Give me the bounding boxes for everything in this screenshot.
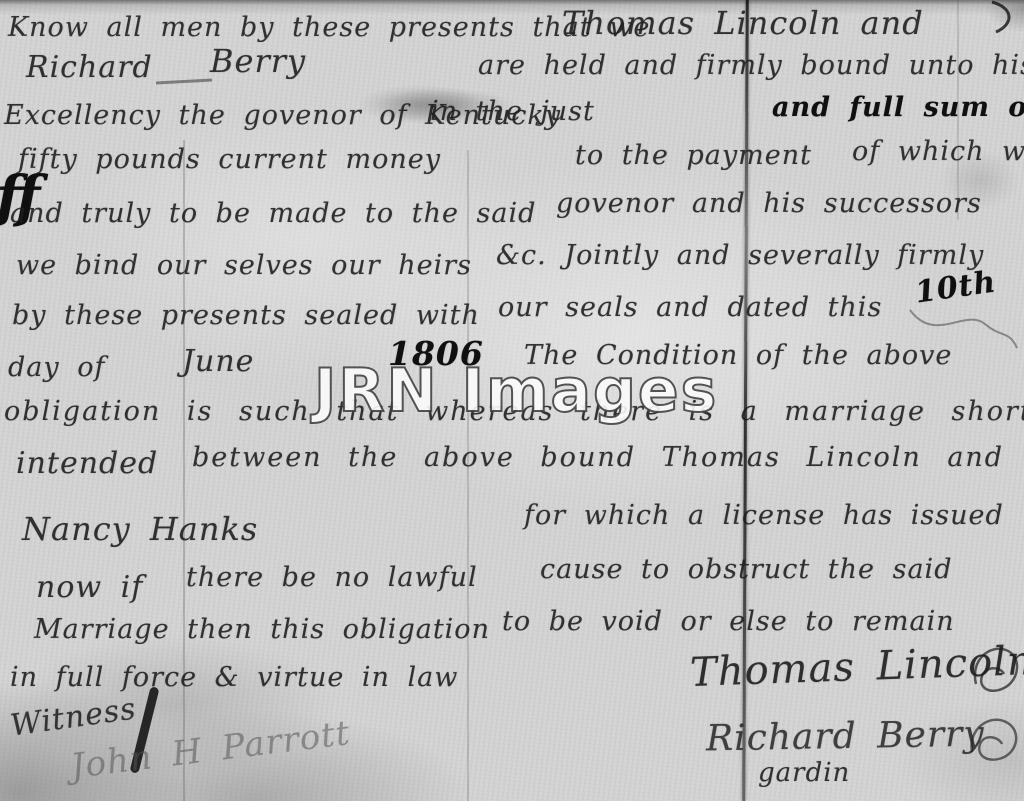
bond-line-truly-made: and truly to be made to the said <box>10 198 536 229</box>
fold-crease-center <box>467 150 469 801</box>
bond-line-cause-obstruct: cause to obstruct the said <box>540 554 952 585</box>
label-witness: Witness <box>8 691 138 743</box>
bond-line-jointly-severally: &c. Jointly and severally firmly <box>496 240 984 271</box>
bond-line-just: in the just <box>430 96 595 127</box>
bond-line-bound: are held and firmly bound unto his <box>478 50 1024 81</box>
bond-line-bind-ourselves: we bind our selves our heirs <box>16 250 472 281</box>
bond-line-no-lawful: there be no lawful <box>186 562 478 593</box>
bond-line-fifty-pounds: fifty pounds current money <box>18 144 441 175</box>
signature-richard-berry: Richard Berry <box>706 714 985 760</box>
seal-flourish-berry <box>964 710 1024 770</box>
bond-line-void-remain: to be void or else to remain <box>502 606 955 637</box>
bond-line-marriage-obligation: Marriage then this obligation <box>34 614 490 645</box>
bond-line-intended: intended <box>16 446 158 481</box>
fold-crease-left <box>183 140 185 801</box>
bond-line-payment: to the payment <box>575 140 812 171</box>
seal-flourish-lincoln <box>968 640 1024 704</box>
label-gardin: gardin <box>758 758 850 788</box>
pen-flourish-corner <box>988 0 1022 34</box>
bond-line-day-of: day of <box>8 352 105 383</box>
bond-name-berry: Berry <box>210 42 306 80</box>
bond-name-richard: Richard <box>26 50 153 85</box>
bond-line-seals-dated: our seals and dated this <box>498 292 882 323</box>
watermark-text: JRN Images <box>314 356 718 426</box>
bond-line-names: Thomas Lincoln and <box>562 4 924 42</box>
bond-line-full-sum: and full sum of <box>772 92 1024 123</box>
bond-line-now-if: now if <box>36 570 143 605</box>
bond-date-month: June <box>182 344 254 379</box>
bond-line-govenor-successors: govenor and his successors <box>556 188 982 219</box>
bond-line-opening: Know all men by these presents that we <box>8 12 650 43</box>
bond-line-presents-sealed: by these presents sealed with <box>12 300 480 331</box>
scanned-marriage-bond-document: Know all men by these presents that we T… <box>0 0 1024 801</box>
pen-stroke-underline <box>156 79 212 85</box>
bond-line-full-force: in full force & virtue in law <box>10 662 458 693</box>
bond-line-which-well: of which well & <box>852 136 1024 167</box>
bond-name-nancy-hanks: Nancy Hanks <box>22 510 258 548</box>
bond-line-license-issued: for which a license has issued <box>524 500 1004 531</box>
bond-line-between-bound: between the above bound Thomas Lincoln a… <box>192 442 1004 473</box>
